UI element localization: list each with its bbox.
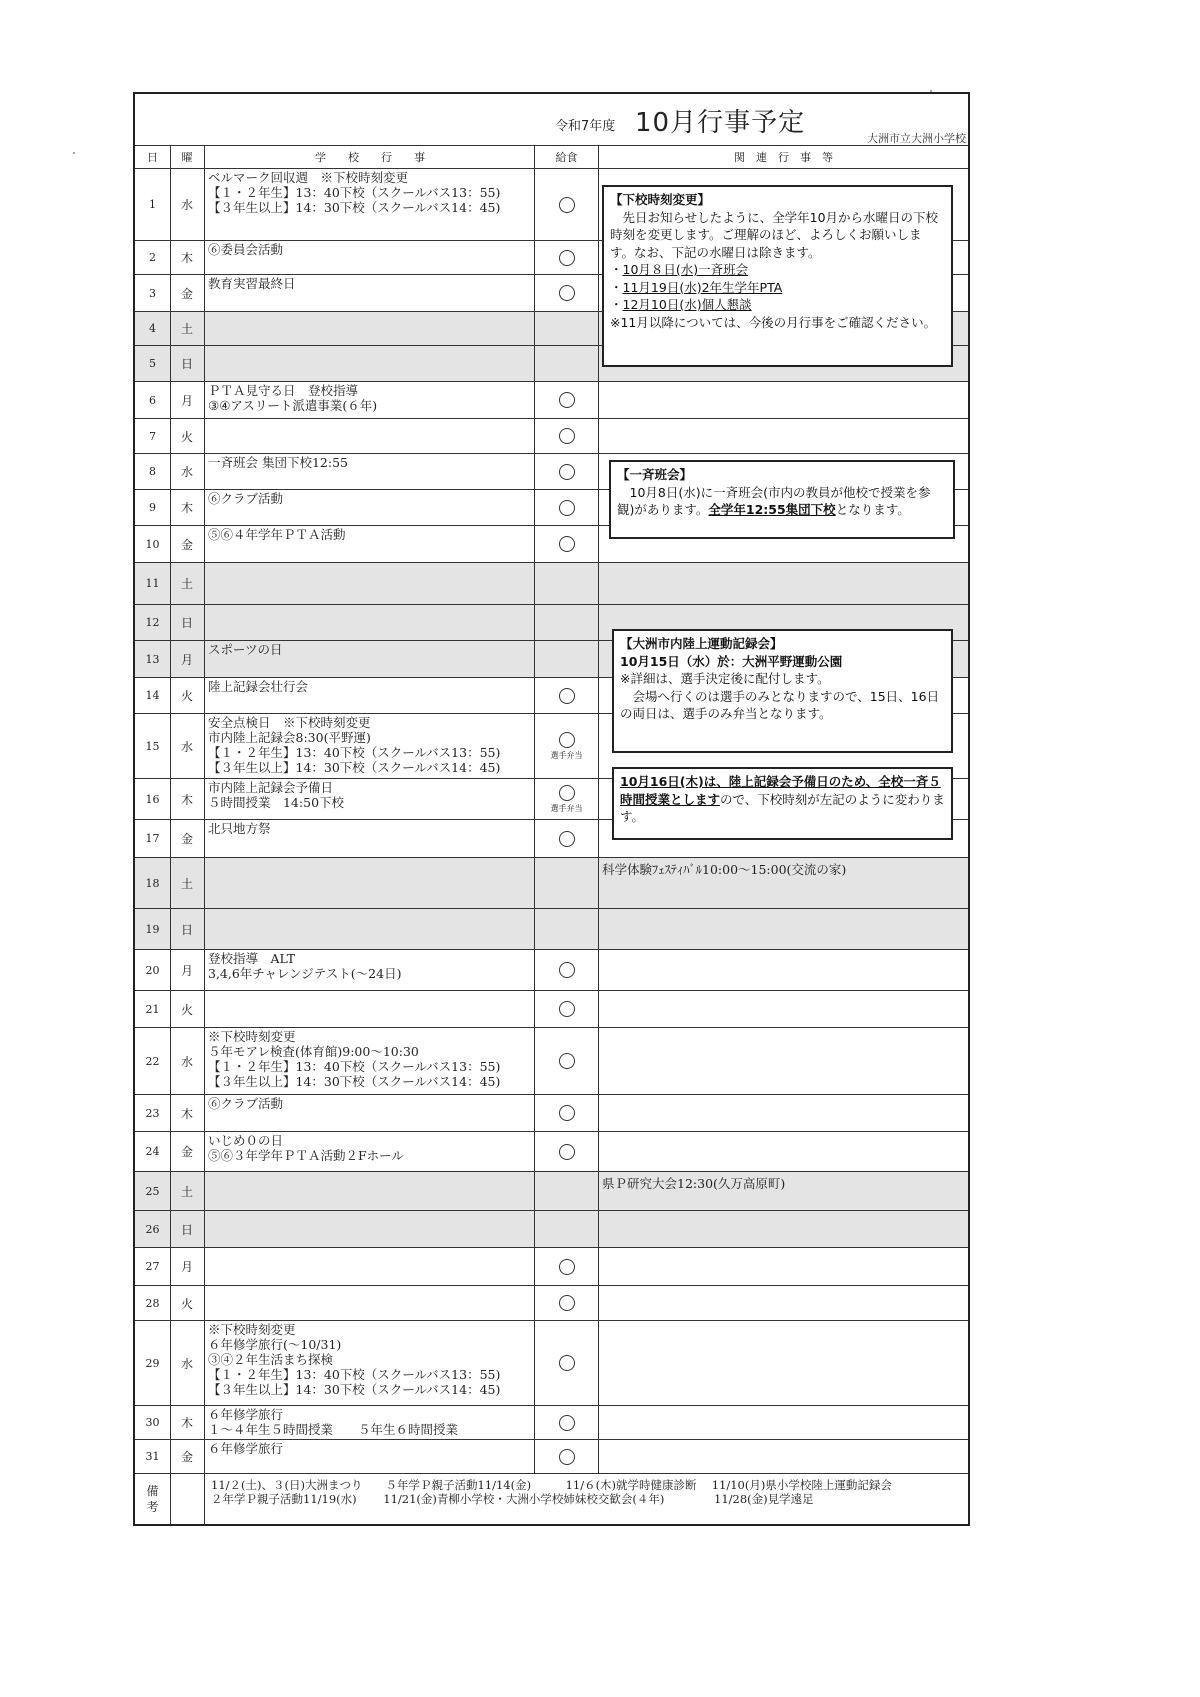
note-item: ・11月19日(水)2年生学年PTA	[610, 279, 945, 297]
day-number: 13	[135, 641, 170, 677]
day-number: 26	[135, 1211, 170, 1247]
grid-line	[598, 146, 599, 1474]
day-number: 23	[135, 1095, 170, 1131]
weekday: 木	[170, 1406, 204, 1439]
weekday: 金	[170, 1132, 204, 1171]
school-events: 教育実習最終日	[206, 275, 538, 311]
remarks-row: 備 考 11/２(土)、３(日)大洲まつり ５年学Ｐ親子活動11/14(金) 1…	[135, 1474, 968, 1524]
scan-speck	[930, 90, 932, 92]
lunch-circle-icon	[559, 688, 575, 704]
bullet: ・	[610, 262, 623, 277]
lunch-circle-icon	[559, 1449, 575, 1465]
lunch-cell	[535, 605, 598, 640]
day-number: 9	[135, 490, 170, 525]
fiscal-year-label: 令和7年度	[555, 115, 615, 134]
table-row: 30木６年修学旅行 １～４年生５時間授業 ５年生６時間授業	[135, 1406, 968, 1440]
lunch-cell	[535, 1248, 598, 1285]
lunch-circle-icon	[559, 962, 575, 978]
school-events: ＰＴＡ見守る日 登校指導 ③④アスリート派遣事業(６年)	[206, 382, 538, 418]
related-events	[599, 563, 968, 604]
table-row: 18土科学体験ﾌｪｽﾃｨﾊﾞﾙ10:00～15:00(交流の家)	[135, 858, 968, 909]
title-row: 令和7年度 10月行事予定 大洲市立大洲小学校	[135, 94, 968, 146]
lunch-circle-icon	[559, 785, 575, 801]
weekday: 火	[170, 678, 204, 713]
note-heading: 【下校時刻変更】	[610, 191, 945, 209]
day-number: 27	[135, 1248, 170, 1285]
lunch-circle-icon	[559, 1259, 575, 1275]
day-number: 19	[135, 909, 170, 949]
school-events: ベルマーク回収週 ※下校時刻変更 【１・２年生】13：40下校（スクールバス13…	[206, 169, 538, 240]
header-school-events: 学 校 行 事	[206, 146, 534, 168]
school-events: いじめ０の日 ⑤⑥３年学年ＰＴＡ活動２Fホール	[206, 1132, 538, 1171]
weekday: 木	[170, 1095, 204, 1131]
day-number: 5	[135, 346, 170, 381]
school-events	[206, 346, 538, 381]
remarks-label: 備 考	[135, 1474, 170, 1524]
weekday: 火	[170, 991, 204, 1027]
weekday: 日	[170, 605, 204, 640]
school-events	[206, 605, 538, 640]
note-item: ・10月８日(水)一斉班会	[610, 261, 945, 279]
school-events	[206, 1286, 538, 1320]
day-number: 4	[135, 312, 170, 345]
note-reserve-day: 10月16日(木)は、陸上記録会予備日のため、全校一斉５時間授業としますので、下…	[612, 767, 953, 840]
school-events: 登校指導 ALT 3,4,6年チャレンジテスト(～24日)	[206, 950, 538, 990]
related-events	[599, 1028, 968, 1094]
note-item-text: 11月19日(水)2年生学年PTA	[623, 280, 783, 295]
weekday: 日	[170, 909, 204, 949]
day-number: 28	[135, 1286, 170, 1320]
note-emphasis: 全学年12:55集団下校	[708, 502, 835, 517]
note-body: 先日お知らせしたように、全学年10月から水曜日の下校時刻を変更します。ご理解のほ…	[610, 209, 945, 262]
remarks-label-2: 考	[146, 1499, 158, 1515]
day-number: 29	[135, 1321, 170, 1405]
weekday: 火	[170, 419, 204, 453]
weekday: 金	[170, 275, 204, 311]
lunch-cell	[535, 1132, 598, 1171]
lunch-cell	[535, 169, 598, 240]
lunch-circle-icon	[559, 732, 575, 748]
lunch-cell	[535, 1028, 598, 1094]
related-events	[599, 1440, 968, 1473]
lunch-cell	[535, 241, 598, 274]
lunch-circle-icon	[559, 1415, 575, 1431]
lunch-cell	[535, 419, 598, 453]
lunch-circle-icon	[559, 1144, 575, 1160]
school-events: ６年修学旅行 １～４年生５時間授業 ５年生６時間授業	[206, 1406, 538, 1439]
table-row: 11土	[135, 563, 968, 605]
table-row: 7火	[135, 419, 968, 454]
lunch-circle-icon	[559, 1001, 575, 1017]
lunch-circle-icon	[559, 285, 575, 301]
weekday: 土	[170, 858, 204, 908]
grid-line	[534, 146, 535, 1474]
note-item: ・12月10日(水)個人懇談	[610, 296, 945, 314]
note-ikkei-hankai: 【一斉班会】 10月8日(水)に一斉班会(市内の教員が他校で授業を参観)がありま…	[609, 460, 955, 539]
lunch-cell	[535, 454, 598, 489]
school-events	[206, 858, 538, 908]
lunch-cell	[535, 858, 598, 908]
lunch-cell	[535, 1211, 598, 1247]
school-events	[206, 909, 538, 949]
day-number: 6	[135, 382, 170, 418]
note-body-text: となります。	[836, 502, 910, 517]
lunch-cell	[535, 1095, 598, 1131]
note-body: 10月8日(水)に一斉班会(市内の教員が他校で授業を参観)があります。全学年12…	[617, 484, 947, 519]
lunch-circle-icon	[559, 392, 575, 408]
note-item-text: 12月10日(水)個人懇談	[623, 297, 752, 312]
note-footer: ※11月以降については、今後の月行事をご確認ください。	[610, 314, 945, 332]
day-number: 7	[135, 419, 170, 453]
weekday: 日	[170, 346, 204, 381]
day-number: 14	[135, 678, 170, 713]
lunch-note: 選手弁当	[551, 750, 583, 761]
lunch-cell	[535, 382, 598, 418]
day-number: 12	[135, 605, 170, 640]
day-number: 10	[135, 526, 170, 562]
related-events	[599, 991, 968, 1027]
remarks-line-2: ２年学Ｐ親子活動11/19(水) 11/21(金)青柳小学校・大洲小学校姉妹校交…	[211, 1492, 892, 1506]
lunch-circle-icon	[559, 197, 575, 213]
weekday: 火	[170, 1286, 204, 1320]
school-events: 市内陸上記録会予備日 ５時間授業 14:50下校	[206, 779, 538, 819]
day-number: 1	[135, 169, 170, 240]
day-number: 24	[135, 1132, 170, 1171]
weekday: 水	[170, 714, 204, 778]
day-number: 11	[135, 563, 170, 604]
scan-speck	[73, 152, 75, 154]
header-weekday: 曜	[170, 146, 204, 168]
lunch-cell	[535, 275, 598, 311]
lunch-circle-icon	[559, 536, 575, 552]
note-body: 会場へ行くのは選手のみとなりますので、15日、16日の両日は、選手のみ弁当となり…	[620, 688, 945, 723]
school-events: 北只地方祭	[206, 820, 538, 857]
school-events	[206, 1248, 538, 1285]
day-number: 30	[135, 1406, 170, 1439]
weekday: 水	[170, 1028, 204, 1094]
lunch-cell	[535, 950, 598, 990]
table-row: 22水※下校時刻変更 ５年モアレ検査(体育館)9:00～10:30 【１・２年生…	[135, 1028, 968, 1095]
lunch-cell	[535, 563, 598, 604]
day-number: 8	[135, 454, 170, 489]
day-number: 15	[135, 714, 170, 778]
school-events: ※下校時刻変更 ６年修学旅行(～10/31) ③④２年生活まち探検 【１・２年生…	[206, 1321, 538, 1405]
lunch-circle-icon	[559, 1295, 575, 1311]
weekday: 水	[170, 169, 204, 240]
lunch-cell	[535, 1321, 598, 1405]
related-events	[599, 1406, 968, 1439]
weekday: 土	[170, 312, 204, 345]
related-events	[599, 950, 968, 990]
lunch-circle-icon	[559, 1053, 575, 1069]
weekday: 金	[170, 526, 204, 562]
remarks-text: 11/２(土)、３(日)大洲まつり ５年学Ｐ親子活動11/14(金) 11/６(…	[211, 1478, 892, 1506]
lunch-cell	[535, 1406, 598, 1439]
related-events: 県Ｐ研究大会12:30(久万高原町)	[599, 1172, 968, 1210]
note-heading: 【大洲市内陸上運動記録会】	[620, 635, 945, 653]
lunch-circle-icon	[559, 831, 575, 847]
school-events: 一斉班会 集団下校12:55	[206, 454, 538, 489]
weekday: 木	[170, 490, 204, 525]
weekday: 月	[170, 641, 204, 677]
lunch-cell	[535, 526, 598, 562]
school-events	[206, 1172, 538, 1210]
table-row: 31金６年修学旅行	[135, 1440, 968, 1474]
school-events: スポーツの日	[206, 641, 538, 677]
bullet: ・	[610, 297, 623, 312]
school-events	[206, 419, 538, 453]
note-dismissal-change: 【下校時刻変更】 先日お知らせしたように、全学年10月から水曜日の下校時刻を変更…	[602, 185, 953, 367]
lunch-cell	[535, 678, 598, 713]
lunch-cell	[535, 991, 598, 1027]
related-events	[599, 1211, 968, 1247]
grid-line	[204, 146, 205, 1524]
school-events: ６年修学旅行	[206, 1440, 538, 1473]
table-row: 28火	[135, 1286, 968, 1321]
lunch-note: 選手弁当	[551, 803, 583, 814]
lunch-circle-icon	[559, 464, 575, 480]
lunch-circle-icon	[559, 1355, 575, 1371]
weekday: 月	[170, 382, 204, 418]
lunch-cell: 選手弁当	[535, 714, 598, 778]
day-number: 25	[135, 1172, 170, 1210]
school-events	[206, 563, 538, 604]
lunch-cell	[535, 820, 598, 857]
column-header-row: 日 曜 学 校 行 事 給食 関 連 行 事 等	[135, 146, 968, 169]
day-number: 21	[135, 991, 170, 1027]
weekday: 金	[170, 820, 204, 857]
lunch-cell	[535, 346, 598, 381]
remarks-label-1: 備	[146, 1483, 158, 1499]
school-events	[206, 991, 538, 1027]
note-date-line: 10月15日（水）於：大洲平野運動公園	[620, 653, 945, 671]
lunch-cell	[535, 1286, 598, 1320]
weekday: 月	[170, 950, 204, 990]
school-events	[206, 312, 538, 345]
weekday: 土	[170, 563, 204, 604]
school-events	[206, 1211, 538, 1247]
day-number: 3	[135, 275, 170, 311]
day-number: 2	[135, 241, 170, 274]
day-number: 20	[135, 950, 170, 990]
weekday: 木	[170, 241, 204, 274]
weekday: 土	[170, 1172, 204, 1210]
lunch-circle-icon	[559, 250, 575, 266]
weekday: 水	[170, 1321, 204, 1405]
header-lunch: 給食	[535, 146, 598, 168]
weekday: 金	[170, 1440, 204, 1473]
lunch-cell	[535, 490, 598, 525]
lunch-cell: 選手弁当	[535, 779, 598, 819]
related-events	[599, 1321, 968, 1405]
table-row: 20月登校指導 ALT 3,4,6年チャレンジテスト(～24日)	[135, 950, 968, 991]
bullet: ・	[610, 280, 623, 295]
day-number: 17	[135, 820, 170, 857]
related-events	[599, 909, 968, 949]
related-events	[599, 1286, 968, 1320]
header-day: 日	[135, 146, 170, 168]
day-number: 31	[135, 1440, 170, 1473]
related-events: 科学体験ﾌｪｽﾃｨﾊﾞﾙ10:00～15:00(交流の家)	[599, 858, 968, 908]
lunch-cell	[535, 1440, 598, 1473]
lunch-cell	[535, 1172, 598, 1210]
note-item-text: 10月８日(水)一斉班会	[623, 262, 749, 277]
school-events: ⑥クラブ活動	[206, 1095, 538, 1131]
table-row: 6月ＰＴＡ見守る日 登校指導 ③④アスリート派遣事業(６年)	[135, 382, 968, 419]
table-row: 29水※下校時刻変更 ６年修学旅行(～10/31) ③④２年生活まち探検 【１・…	[135, 1321, 968, 1406]
weekday: 月	[170, 1248, 204, 1285]
table-row: 24金いじめ０の日 ⑤⑥３年学年ＰＴＡ活動２Fホール	[135, 1132, 968, 1172]
table-row: 21火	[135, 991, 968, 1028]
day-number: 22	[135, 1028, 170, 1094]
related-events	[599, 419, 968, 453]
remarks-line-1: 11/２(土)、３(日)大洲まつり ５年学Ｐ親子活動11/14(金) 11/６(…	[211, 1478, 892, 1492]
table-row: 26日	[135, 1211, 968, 1248]
lunch-cell	[535, 312, 598, 345]
school-events: ※下校時刻変更 ５年モアレ検査(体育館)9:00～10:30 【１・２年生】13…	[206, 1028, 538, 1094]
note-heading: 【一斉班会】	[617, 466, 947, 484]
lunch-cell	[535, 641, 598, 677]
weekday: 日	[170, 1211, 204, 1247]
weekday: 水	[170, 454, 204, 489]
lunch-circle-icon	[559, 428, 575, 444]
school-events: ⑤⑥４年学年ＰＴＡ活動	[206, 526, 538, 562]
school-events: 陸上記録会壮行会	[206, 678, 538, 713]
page-title: 10月行事予定	[635, 102, 805, 139]
related-events	[599, 1132, 968, 1171]
document-page: 令和7年度 10月行事予定 大洲市立大洲小学校 日 曜 学 校 行 事 給食 関…	[0, 0, 1200, 1697]
note-body: ※詳細は、選手決定後に配付します。	[620, 670, 945, 688]
school-events: 安全点検日 ※下校時刻変更 市内陸上記録会8:30(平野運) 【１・２年生】13…	[206, 714, 538, 778]
school-events: ⑥委員会活動	[206, 241, 538, 274]
related-events	[599, 1095, 968, 1131]
related-events	[599, 382, 968, 418]
day-number: 16	[135, 779, 170, 819]
note-athletics-meet: 【大洲市内陸上運動記録会】 10月15日（水）於：大洲平野運動公園 ※詳細は、選…	[612, 629, 953, 753]
lunch-circle-icon	[559, 1105, 575, 1121]
lunch-circle-icon	[559, 500, 575, 516]
table-row: 27月	[135, 1248, 968, 1286]
related-events	[599, 1248, 968, 1285]
table-row: 25土県Ｐ研究大会12:30(久万高原町)	[135, 1172, 968, 1211]
table-row: 23木⑥クラブ活動	[135, 1095, 968, 1132]
school-name: 大洲市立大洲小学校	[867, 130, 966, 146]
day-number: 18	[135, 858, 170, 908]
lunch-cell	[535, 909, 598, 949]
weekday: 木	[170, 779, 204, 819]
header-related-events: 関 連 行 事 等	[599, 146, 968, 168]
school-events: ⑥クラブ活動	[206, 490, 538, 525]
grid-line	[170, 146, 171, 1524]
table-row: 19日	[135, 909, 968, 950]
